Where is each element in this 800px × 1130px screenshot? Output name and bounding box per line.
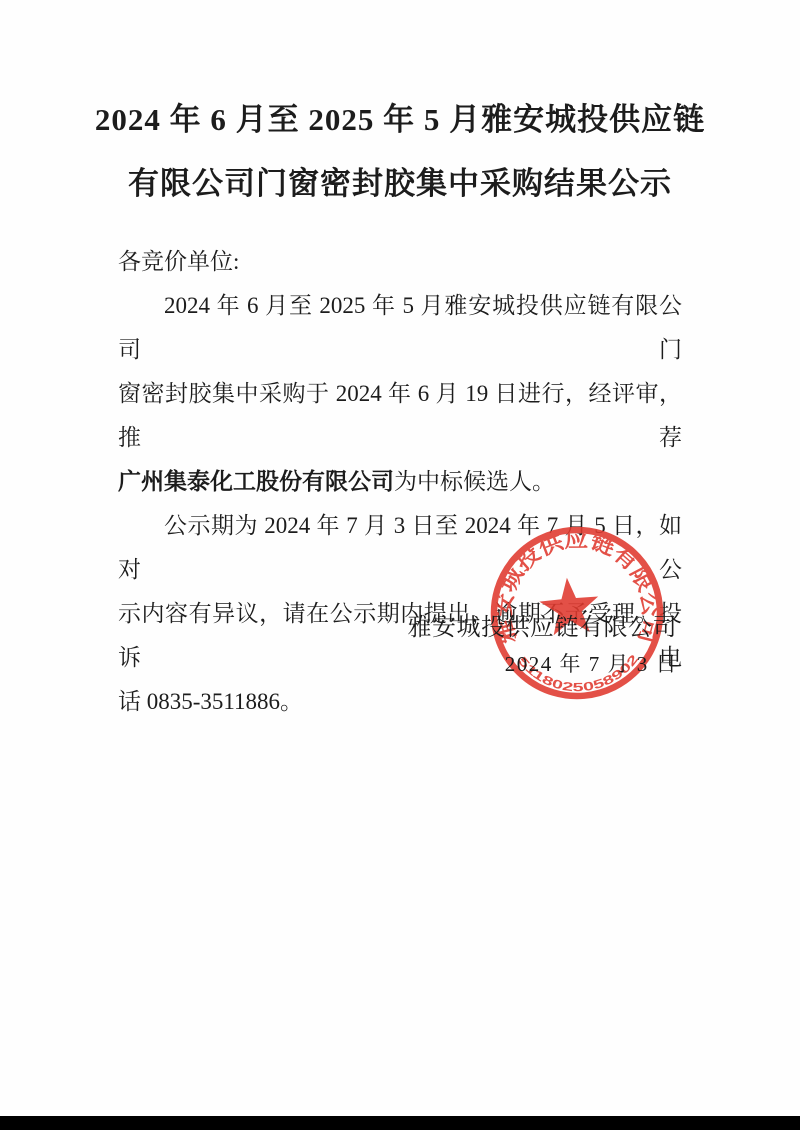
paragraph1-line1: 2024 年 6 月至 2025 年 5 月雅安城投供应链有限公司门	[118, 284, 682, 372]
paragraph1-line2: 窗密封胶集中采购于 2024 年 6 月 19 日进行，经评审，推荐	[118, 372, 682, 460]
paragraph1-line3: 广州集泰化工股份有限公司为中标候选人。	[118, 460, 682, 504]
title-line-1: 2024 年 6 月至 2025 年 5 月雅安城投供应链	[0, 88, 800, 152]
paragraph1-line3-rest: 为中标候选人。	[394, 469, 555, 494]
signature-company-name: 雅安城投供应链有限公司	[408, 607, 678, 642]
scan-edge-artifact	[0, 1116, 800, 1130]
salutation: 各竞价单位:	[118, 240, 682, 284]
title-line-2: 有限公司门窗密封胶集中采购结果公示	[0, 152, 800, 216]
signature-date: 2024 年 7 月 3 日	[505, 648, 678, 678]
scanned-document-page: 2024 年 6 月至 2025 年 5 月雅安城投供应链 有限公司门窗密封胶集…	[0, 0, 800, 1130]
document-title: 2024 年 6 月至 2025 年 5 月雅安城投供应链 有限公司门窗密封胶集…	[0, 88, 800, 216]
winning-bidder-name: 广州集泰化工股份有限公司	[118, 469, 394, 494]
